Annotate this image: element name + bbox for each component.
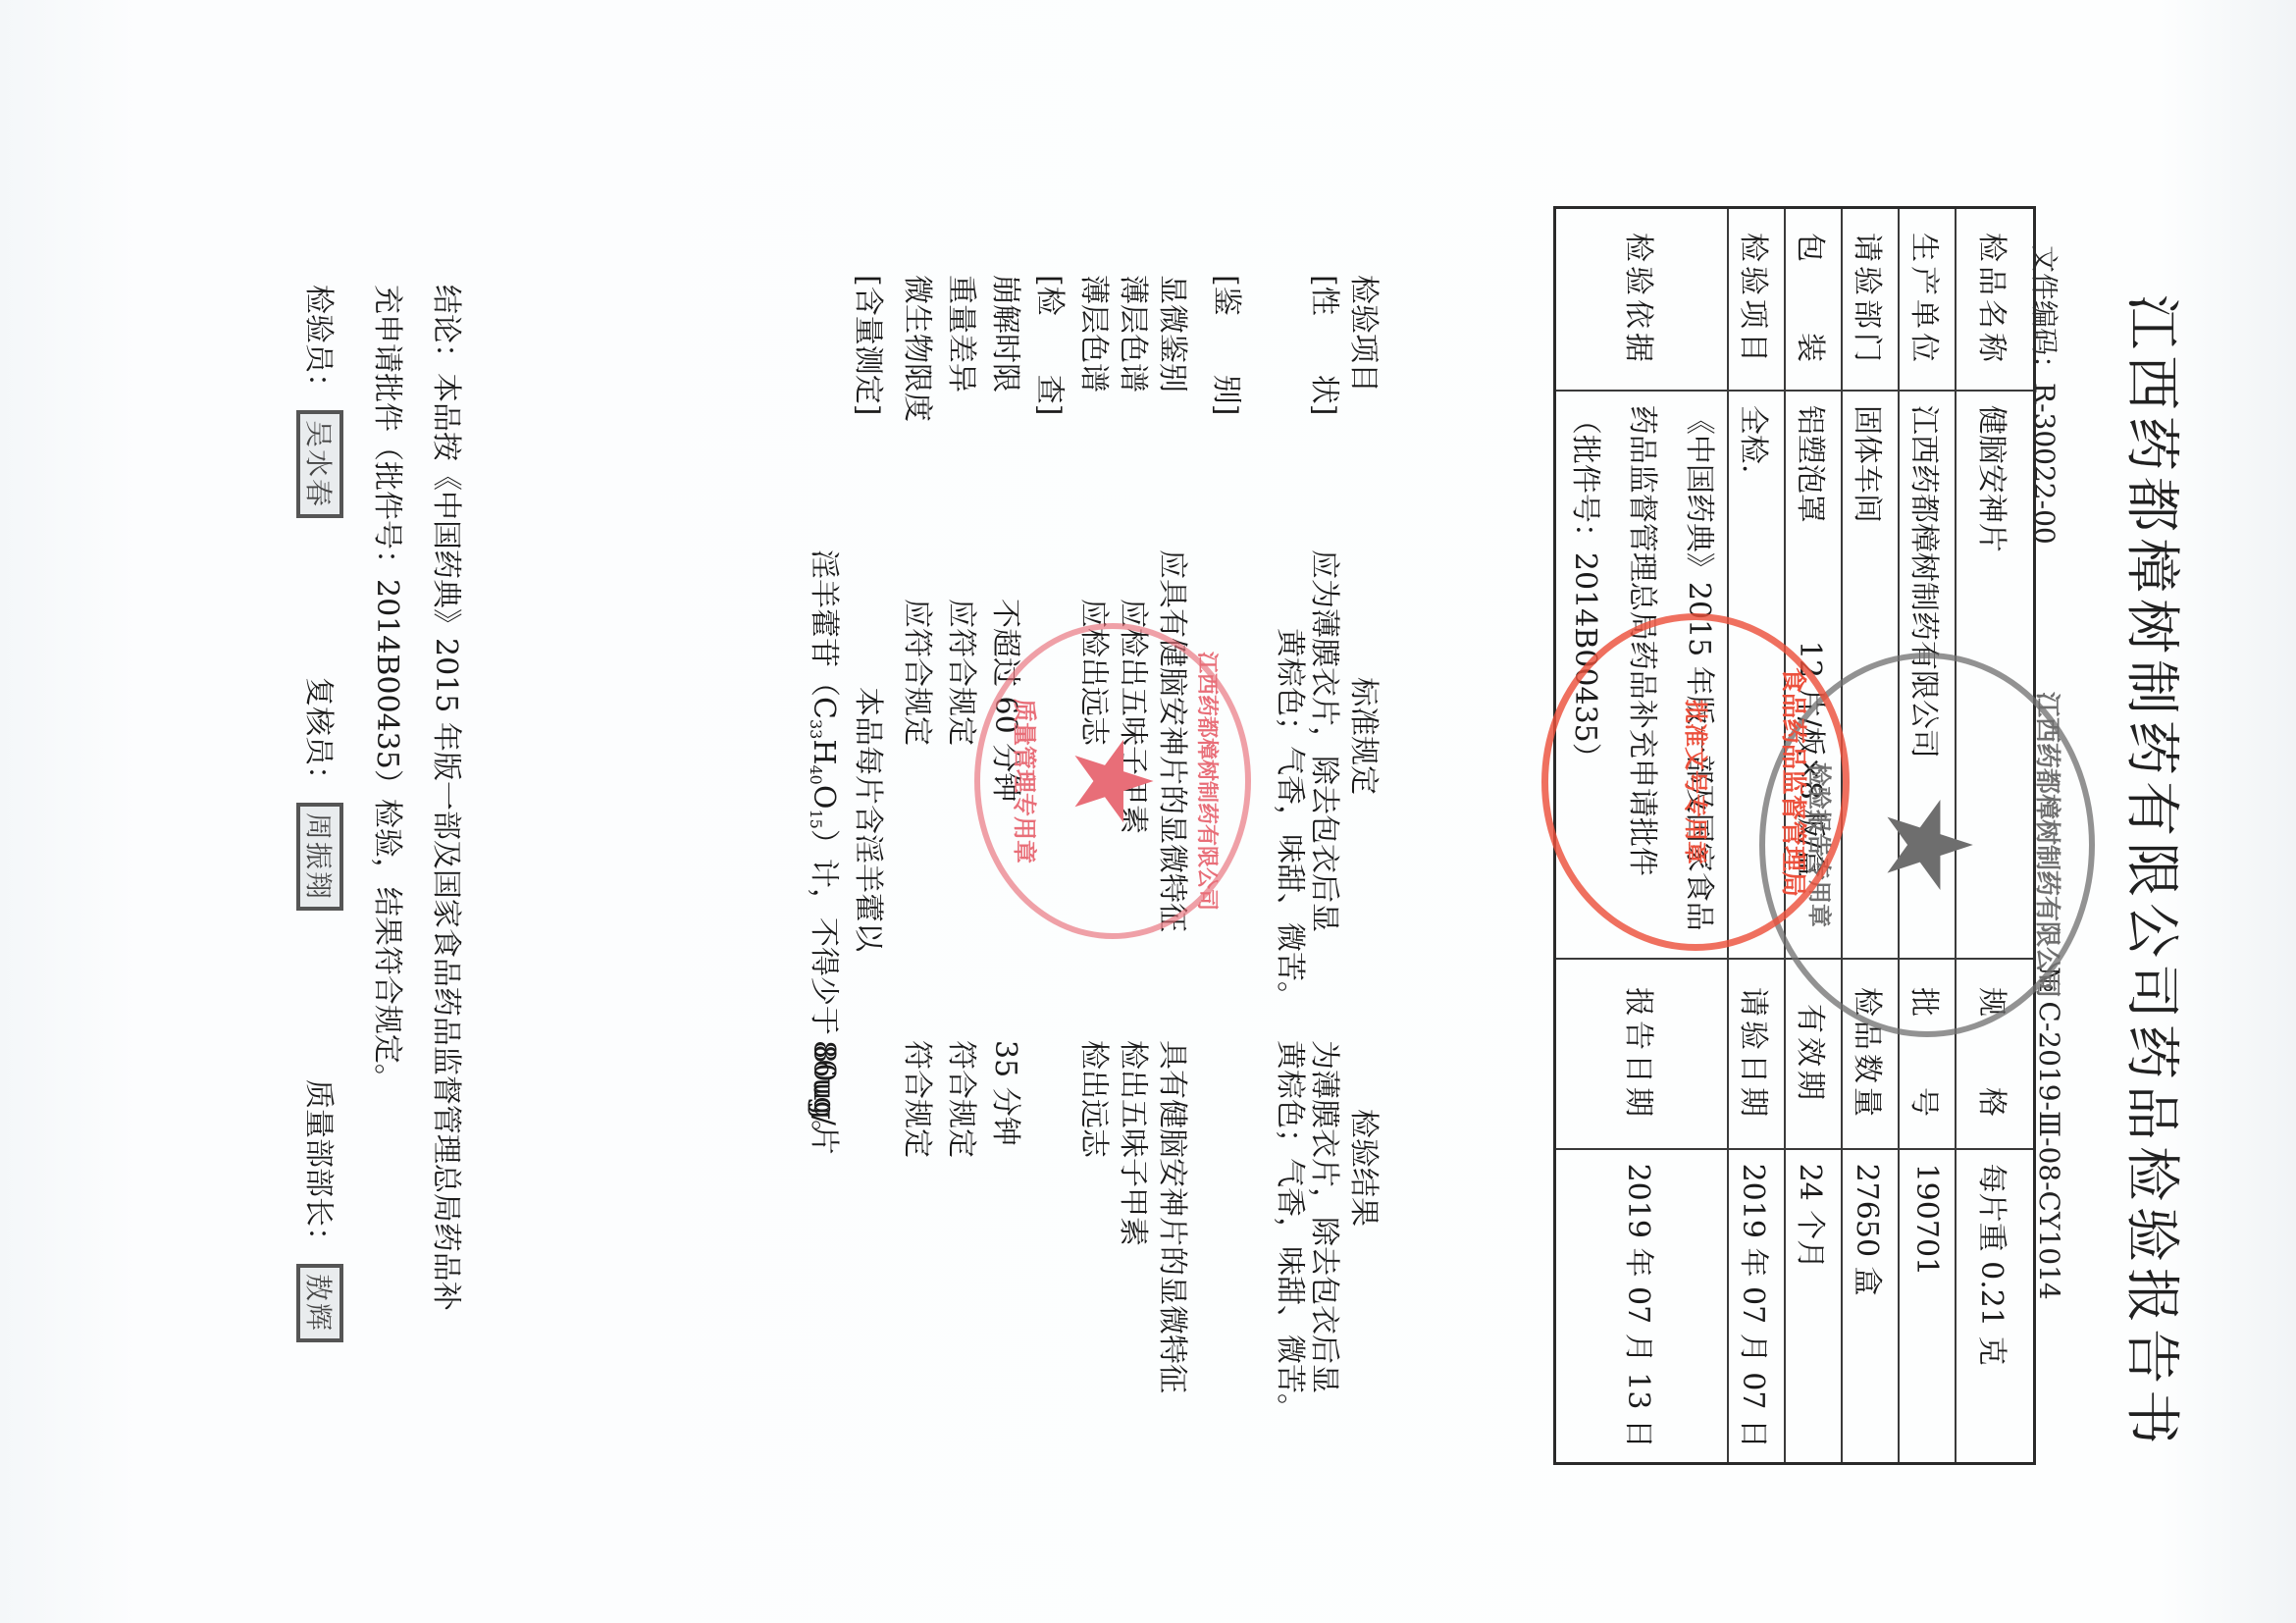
result-item-name: 薄层色谱 — [1115, 275, 1158, 393]
value-report-date: 2019 年 07 月 13 日 — [1555, 1149, 1729, 1464]
result-value: 检出五味子甲素 — [1115, 1040, 1158, 1246]
formula-text: H — [807, 739, 841, 764]
result-value: 符合规定 — [943, 1040, 986, 1158]
value-validity: 24 个月 — [1785, 1149, 1842, 1464]
header-result: 检验结果 — [1345, 1109, 1388, 1227]
result-item-name: 薄层色谱 — [1075, 275, 1119, 393]
conclusion-line-1: 结论：本品按《中国药典》2015 年版一部及国家食品药品监督管理总局药品补 — [428, 285, 471, 1311]
result-value: 35 分钟 — [987, 1040, 1030, 1146]
table-row: 请验部门 固体车间 检品数量 27650 盒 — [1842, 208, 1899, 1464]
value-sample-quantity: 27650 盒 — [1842, 1149, 1899, 1464]
label-specification: 规 格 — [1956, 959, 2035, 1148]
result-standard: 应检出远志 — [1075, 599, 1119, 746]
qa-head-signature: 质量部部长：敖辉 — [296, 1079, 343, 1342]
result-item-name: [含量测定] — [850, 275, 893, 415]
report-page: 江西药都樟树制药有限公司药品检验报告书 文件编码：R-30022-00 № C-… — [0, 0, 2296, 1623]
inspector-signature: 检验员：吴水春 — [296, 285, 343, 518]
result-item-name: 崩解时限 — [987, 275, 1030, 393]
value-sample-name: 健脑安神片 — [1956, 391, 2035, 960]
result-item-name: 微生物限度 — [899, 275, 942, 422]
result-value: 检出远志 — [1075, 1040, 1119, 1158]
reviewer-name-seal: 周振翔 — [296, 803, 343, 911]
label-validity: 有效期 — [1785, 959, 1842, 1148]
header-test-item: 检验项目 — [1345, 275, 1388, 393]
reviewer-signature: 复核员：周振翔 — [296, 677, 343, 911]
formula-text: O — [807, 785, 841, 810]
value-batch-number: 190701 — [1899, 1149, 1956, 1464]
result-item-name: 重量差异 — [943, 275, 986, 393]
qa-head-name-seal: 敖辉 — [296, 1264, 343, 1342]
result-item-name: 显微鉴别 — [1154, 275, 1197, 393]
value-request-date: 2019 年 07 月 07 日 — [1728, 1149, 1785, 1464]
label-test-basis: 检验依据 — [1555, 208, 1729, 391]
inspector-label: 检验员： — [301, 285, 336, 402]
value-specification: 每片重 0.21 克 — [1956, 1149, 2035, 1464]
table-row: 生产单位 江西药都樟树制药有限公司 批 号 190701 — [1899, 208, 1956, 1464]
stamp-ring-text: 江西药都樟树制药有限公司 — [1193, 629, 1224, 933]
formula-text: 淫羊藿苷（C — [807, 550, 841, 719]
table-row: 包 装 铝塑泡罩 12 片/板×8 板/盒 有效期 24 个月 — [1785, 208, 1842, 1464]
label-request-date: 请验日期 — [1728, 959, 1785, 1148]
result-standard: 黄棕色；气香，味甜、微苦。 — [1272, 628, 1315, 1011]
reviewer-label: 复核员： — [301, 677, 336, 795]
value-test-items: 全检. — [1728, 391, 1785, 960]
result-value: 86ug/片 — [806, 1040, 849, 1155]
result-standard: 不超过 60 分钟 — [987, 599, 1030, 802]
label-test-items: 检验项目 — [1728, 208, 1785, 391]
label-report-date: 报告日期 — [1555, 959, 1729, 1148]
qa-head-label: 质量部部长： — [301, 1079, 336, 1256]
basis-line: 药品监督管理总局药品补充申请批件 — [1613, 405, 1670, 945]
table-row: 检验项目 全检. 请验日期 2019 年 07 月 07 日 — [1728, 208, 1785, 1464]
formula-subscript: 15 — [807, 809, 825, 828]
result-standard: 应检出五味子甲素 — [1115, 599, 1158, 834]
formula-subscript: 40 — [807, 765, 825, 785]
label-packaging: 包 装 — [1785, 208, 1842, 391]
basis-line: （批件号：2014B00435） — [1556, 405, 1613, 945]
result-value: 黄棕色；气香，味甜、微苦。 — [1272, 1040, 1315, 1423]
header-standard: 标准规定 — [1345, 677, 1388, 795]
table-row: 检品名称 健脑安神片 规 格 每片重 0.21 克 — [1956, 208, 2035, 1464]
sample-info-table: 检品名称 健脑安神片 规 格 每片重 0.21 克 生产单位 江西药都樟树制药有… — [1553, 206, 2036, 1465]
result-value: 具有健脑安神片的显微特征 — [1154, 1040, 1197, 1393]
result-standard: 应符合规定 — [899, 599, 942, 746]
value-packaging: 铝塑泡罩 12 片/板×8 板/盒 — [1785, 391, 1842, 960]
value-manufacturer: 江西药都樟树制药有限公司 — [1899, 391, 1956, 960]
result-standard: 应符合规定 — [943, 599, 986, 746]
value-requesting-dept: 固体车间 — [1842, 391, 1899, 960]
table-row: 检验依据 《中国药典》2015 年版一部及国家食品 药品监督管理总局药品补充申请… — [1555, 208, 1729, 1464]
result-standard: 本品每片含淫羊藿以 — [850, 687, 893, 952]
result-standard: 应具有健脑安神片的显微特征 — [1154, 550, 1197, 932]
formula-subscript: 33 — [807, 719, 825, 739]
basis-line: 《中国药典》2015 年版一部及国家食品 — [1670, 405, 1727, 945]
report-title: 江西药都樟树制药有限公司药品检验报告书 — [2116, 294, 2195, 1168]
label-sample-name: 检品名称 — [1956, 208, 2035, 391]
result-item-name: [性 状] — [1306, 275, 1349, 415]
result-item-name: [鉴 别] — [1208, 275, 1251, 415]
label-sample-quantity: 检品数量 — [1842, 959, 1899, 1148]
result-item-name: [检 查] — [1031, 275, 1074, 415]
report-number: № C-2019-Ⅲ-08-CY1014 — [2033, 967, 2065, 1300]
conclusion-line-2: 充申请批件（批件号：2014B00435）检验，结果符合规定。 — [369, 285, 412, 1093]
value-test-basis: 《中国药典》2015 年版一部及国家食品 药品监督管理总局药品补充申请批件 （批… — [1555, 391, 1729, 960]
inspector-name-seal: 吴水春 — [296, 410, 343, 518]
label-manufacturer: 生产单位 — [1899, 208, 1956, 391]
label-batch-number: 批 号 — [1899, 959, 1956, 1148]
result-value: 符合规定 — [899, 1040, 942, 1158]
label-requesting-dept: 请验部门 — [1842, 208, 1899, 391]
